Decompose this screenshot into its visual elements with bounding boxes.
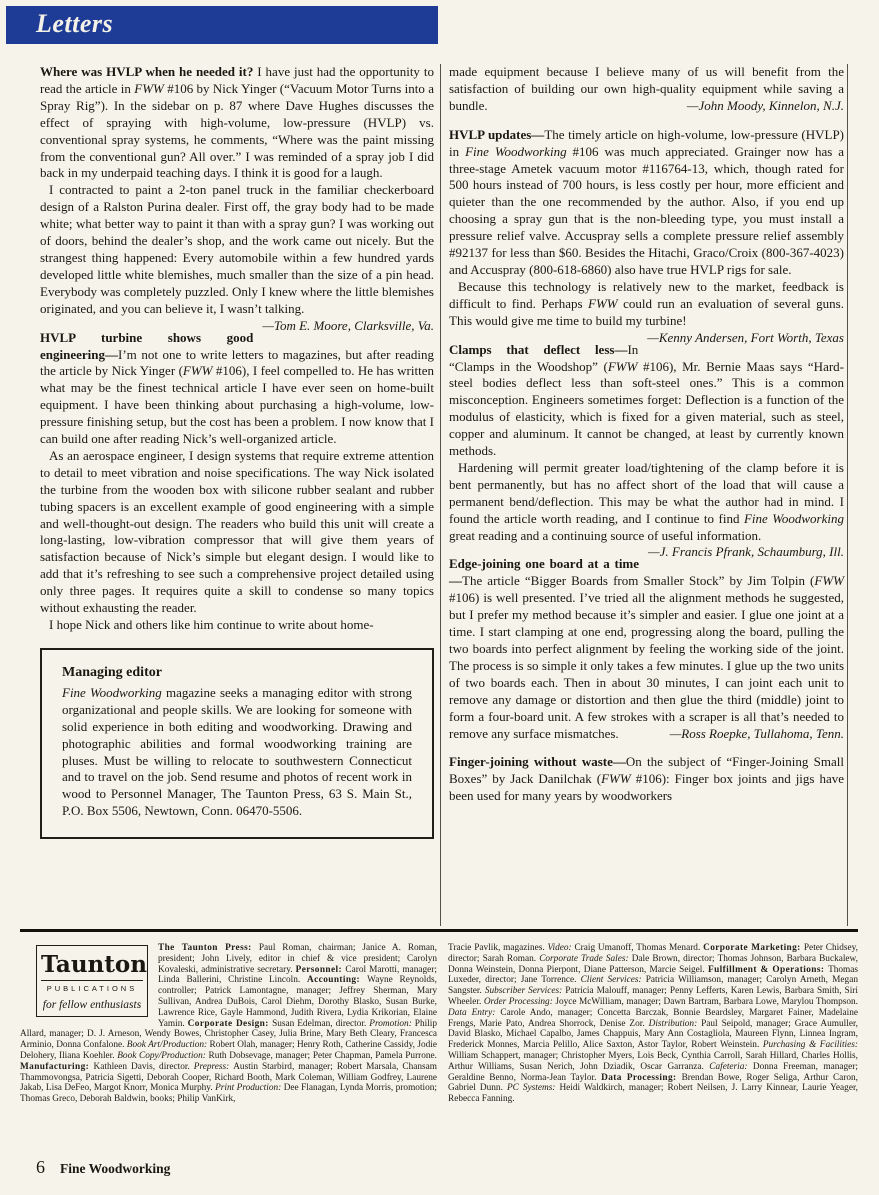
letter-paragraph: Where was HVLP when he needed it? I have… <box>40 64 434 182</box>
letter-block: Where was HVLP when he needed it? I have… <box>40 64 434 318</box>
page: Letters Where was HVLP when he needed it… <box>0 0 879 1195</box>
letter-paragraph: I contracted to paint a 2-ton panel truc… <box>40 182 434 317</box>
letter-block: HVLP updates—The timely article on high-… <box>449 127 844 330</box>
letter-block: made equipment because I believe many of… <box>449 64 844 115</box>
page-number: 6 <box>36 1157 45 1178</box>
letter-block: HVLP turbine shows good engineering—I’m … <box>40 330 434 634</box>
page-title: Letters <box>6 6 438 39</box>
letter-paragraph: Edge-joining one board at a time—The art… <box>449 556 844 742</box>
letter-paragraph: made equipment because I believe many of… <box>449 64 844 115</box>
logo-tagline: for fellow enthusiasts <box>41 999 143 1011</box>
masthead-left: Taunton PUBLICATIONS for fellow enthusia… <box>20 943 446 1105</box>
taunton-logo: Taunton PUBLICATIONS for fellow enthusia… <box>36 945 148 1017</box>
magazine-name: Fine Woodworking <box>60 1161 170 1177</box>
letters-left-column: Where was HVLP when he needed it? I have… <box>40 64 434 634</box>
letter-paragraph: HVLP updates—The timely article on high-… <box>449 127 844 279</box>
letter-heading: Clamps that deflect less— <box>449 342 627 357</box>
letter-paragraph: HVLP turbine shows good engineering—I’m … <box>40 330 434 448</box>
letter-signature: —J. Francis Pfrank, Schaumburg, Ill. <box>639 544 844 561</box>
box-body: Fine Woodworking magazine seeks a managi… <box>62 685 412 820</box>
right-column: made equipment because I believe many of… <box>449 64 844 817</box>
header-banner: Letters <box>6 6 438 44</box>
masthead-divider-rule <box>20 929 858 932</box>
letter-signature: —Ross Roepke, Tullahoma, Tenn. <box>670 726 844 743</box>
letter-block: Finger-joining without waste—On the subj… <box>449 754 844 805</box>
left-column: Where was HVLP when he needed it? I have… <box>40 64 434 839</box>
right-edge-rule <box>847 64 848 926</box>
letter-paragraph: Because this technology is relatively ne… <box>449 279 844 330</box>
letter-heading: Finger-joining without waste— <box>449 754 626 769</box>
letter-heading: HVLP updates— <box>449 127 544 142</box>
letter-signature: —John Moody, Kinnelon, N.J. <box>687 98 844 115</box>
letters-right-column: made equipment because I believe many of… <box>449 64 844 805</box>
page-footer: 6 Fine Woodworking <box>36 1157 170 1178</box>
logo-publications: PUBLICATIONS <box>41 984 143 993</box>
letter-heading: HVLP turbine shows good engineering— <box>40 330 253 362</box>
letter-paragraph: Hardening will permit greater load/tight… <box>449 460 844 545</box>
letter-paragraph: Clamps that deflect less—In “Clamps in t… <box>449 342 844 460</box>
masthead-right: Tracie Pavlik, magazines. Video: Craig U… <box>446 943 858 1105</box>
letter-signature: —Kenny Andersen, Fort Worth, Texas <box>638 330 844 347</box>
masthead: Taunton PUBLICATIONS for fellow enthusia… <box>20 943 858 1105</box>
letter-paragraph: As an aerospace engineer, I design syste… <box>40 448 434 617</box>
managing-editor-box: Managing editor Fine Woodworking magazin… <box>40 648 434 839</box>
letter-signature: —Tom E. Moore, Clarksville, Va. <box>253 318 434 335</box>
letter-paragraph: Finger-joining without waste—On the subj… <box>449 754 844 805</box>
letter-heading: Where was HVLP when he needed it? <box>40 64 253 79</box>
letter-heading: Edge-joining one board at a time— <box>449 556 639 588</box>
letter-block: Clamps that deflect less—In “Clamps in t… <box>449 342 844 545</box>
column-divider-rule <box>440 64 441 926</box>
box-title: Managing editor <box>62 665 412 681</box>
letter-block: Edge-joining one board at a time—The art… <box>449 556 844 742</box>
logo-wordmark: Taunton <box>41 951 143 981</box>
letter-paragraph: I hope Nick and others like him continue… <box>40 617 434 634</box>
masthead-right-text: Tracie Pavlik, magazines. Video: Craig U… <box>448 943 858 1105</box>
